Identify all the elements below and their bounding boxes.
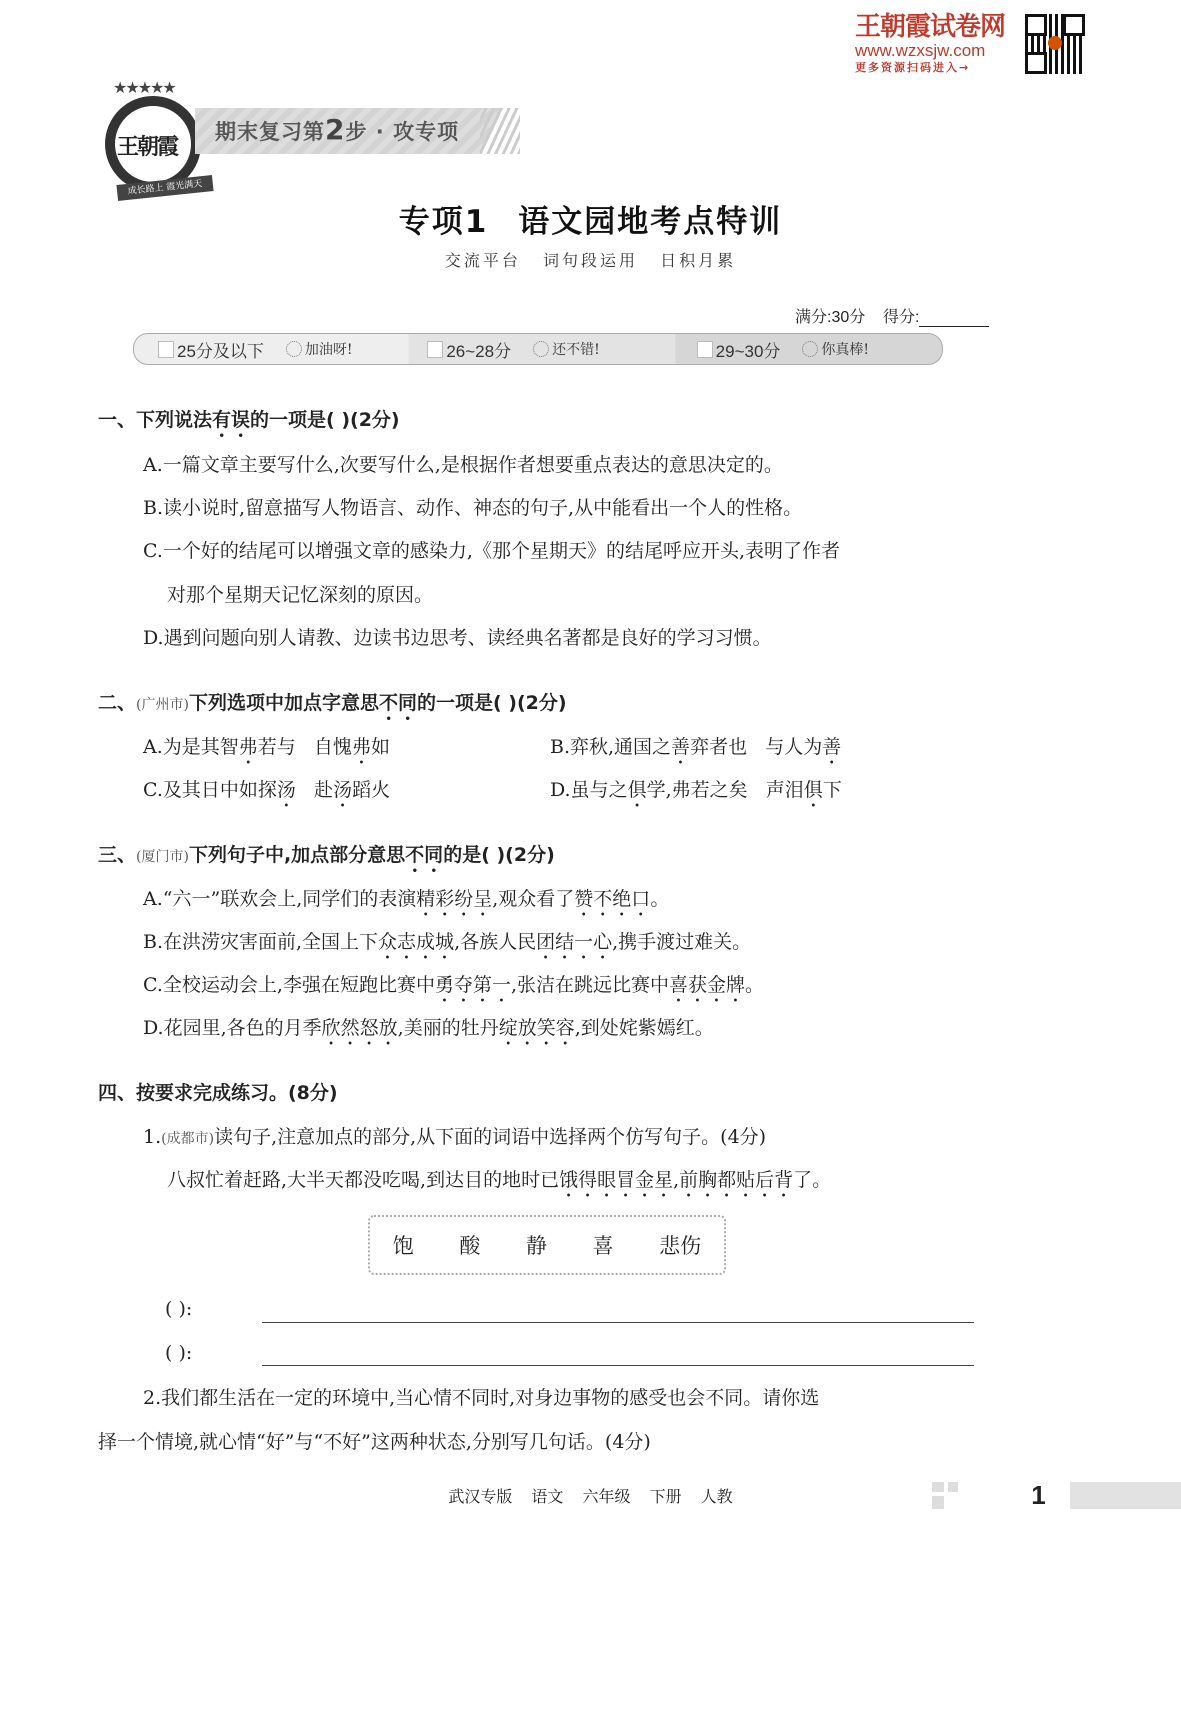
- q1-option-b: B.读小说时,留意描写人物语言、动作、神态的句子,从中能看出一个人的性格。: [143, 493, 802, 520]
- page-title: 专项1语文园地考点特训: [0, 196, 1181, 241]
- full-score: 满分:30分: [795, 309, 865, 326]
- step-number: 2: [325, 113, 345, 146]
- step-banner: 期末复习第2步 · 攻专项: [215, 113, 459, 146]
- q2-option-b: B.弈秋,通国之善弈者也 与人为善: [550, 732, 841, 769]
- level-2: 26~28分 还不错!: [403, 334, 672, 364]
- word-option: 喜: [593, 1230, 614, 1260]
- page-bar: [1070, 1482, 1181, 1509]
- q3-option-b: B.在洪涝灾害面前,全国上下众志成城,各族人民团结一心,携手渡过难关。: [143, 927, 751, 964]
- q1-option-c: C.一个好的结尾可以增强文章的感染力,《那个星期天》的结尾呼应开头,表明了作者: [143, 536, 840, 563]
- answer-line-2-label: ( ):: [165, 1342, 192, 1364]
- score-blank[interactable]: [919, 326, 989, 327]
- level-3: 29~30分 你真棒!: [673, 334, 942, 364]
- word-option: 悲伤: [659, 1230, 701, 1260]
- q1-option-a: A.一篇文章主要写什么,次要写什么,是根据作者想要重点表达的意思决定的。: [143, 450, 783, 477]
- page-subtitle: 交流平台 词句段运用 日积月累: [0, 248, 1181, 271]
- question-1-title: 一、下列说法有误的一项是( )(2分): [98, 405, 400, 442]
- level-1: 25分及以下 加油呀!: [134, 334, 403, 364]
- question-3-title: 三、(厦门市)下列句子中,加点部分意思不同的是( )(2分): [98, 840, 555, 877]
- banner-stripes: [480, 108, 520, 154]
- question-4-title: 四、按要求完成练习。(8分): [98, 1078, 338, 1105]
- word-option: 酸: [459, 1230, 480, 1260]
- q2-option-d: D.虽与之俱学,弗若之矣 声泪俱下: [550, 775, 842, 812]
- q4-sub1-prompt: 1.(成都市)读句子,注意加点的部分,从下面的词语中选择两个仿写句子。(4分): [143, 1122, 766, 1149]
- q2-option-c: C.及其日中如探汤 赴汤蹈火: [143, 775, 390, 812]
- footer-edition: 武汉专版 语文 六年级 下册 人教: [0, 1484, 1181, 1507]
- page-deco: [932, 1482, 944, 1492]
- page-number: 1: [1007, 1482, 1070, 1509]
- q4-example-sentence: 八叔忙着赶路,大半天都没吃喝,到达目的地时已饿得眼冒金星,前胸都贴后背了。: [167, 1165, 831, 1202]
- q3-option-a: A.“六一”联欢会上,同学们的表演精彩纷呈,观众看了赞不绝口。: [143, 884, 669, 921]
- q1-option-c-cont: 对那个星期天记忆深刻的原因。: [167, 580, 433, 607]
- score-label: 得分:: [883, 309, 919, 326]
- question-2-title: 二、(广州市)下列选项中加点字意思不同的一项是( )(2分): [98, 688, 567, 725]
- q4-sub2-line2: 择一个情境,就心情“好”与“不好”这两种状态,分别写几句话。(4分): [98, 1427, 651, 1454]
- q3-option-d: D.花园里,各色的月季欣然怒放,美丽的牡丹绽放笑容,到处姹紫嫣红。: [143, 1013, 714, 1050]
- checkbox[interactable]: [158, 341, 174, 358]
- page-deco: [932, 1496, 944, 1509]
- page-deco: [948, 1482, 958, 1492]
- smiley-icon: [533, 341, 549, 357]
- q3-option-c: C.全校运动会上,李强在短跑比赛中勇夺第一,张洁在跳远比赛中喜获金牌。: [143, 970, 764, 1007]
- score-line: 满分:30分 得分:: [795, 304, 989, 327]
- answer-line-1[interactable]: [262, 1322, 974, 1323]
- smiley-icon: [802, 341, 818, 357]
- checkbox[interactable]: [427, 341, 443, 358]
- stars-icon: ★★★★★: [113, 78, 175, 97]
- smiley-icon: [286, 341, 302, 357]
- logo-name: 王朝霞: [117, 130, 177, 161]
- word-option: 饱: [393, 1230, 414, 1260]
- checkbox[interactable]: [697, 341, 713, 358]
- word-option: 静: [526, 1230, 547, 1260]
- score-levels-bar: 25分及以下 加油呀! 26~28分 还不错! 29~30分 你真棒!: [133, 333, 943, 365]
- q4-sub2-line1: 2.我们都生活在一定的环境中,当心情不同时,对身边事物的感受也会不同。请你选: [143, 1383, 819, 1410]
- answer-line-2[interactable]: [262, 1365, 974, 1366]
- answer-line-1-label: ( ):: [165, 1298, 192, 1320]
- qr-code-icon[interactable]: [1025, 14, 1085, 74]
- word-bank: 饱 酸 静 喜 悲伤: [368, 1215, 726, 1275]
- q2-option-a: A.为是其智弗若与 自愧弗如: [143, 732, 390, 769]
- q1-option-d: D.遇到问题向别人请教、边读书边思考、读经典名著都是良好的学习习惯。: [143, 623, 772, 650]
